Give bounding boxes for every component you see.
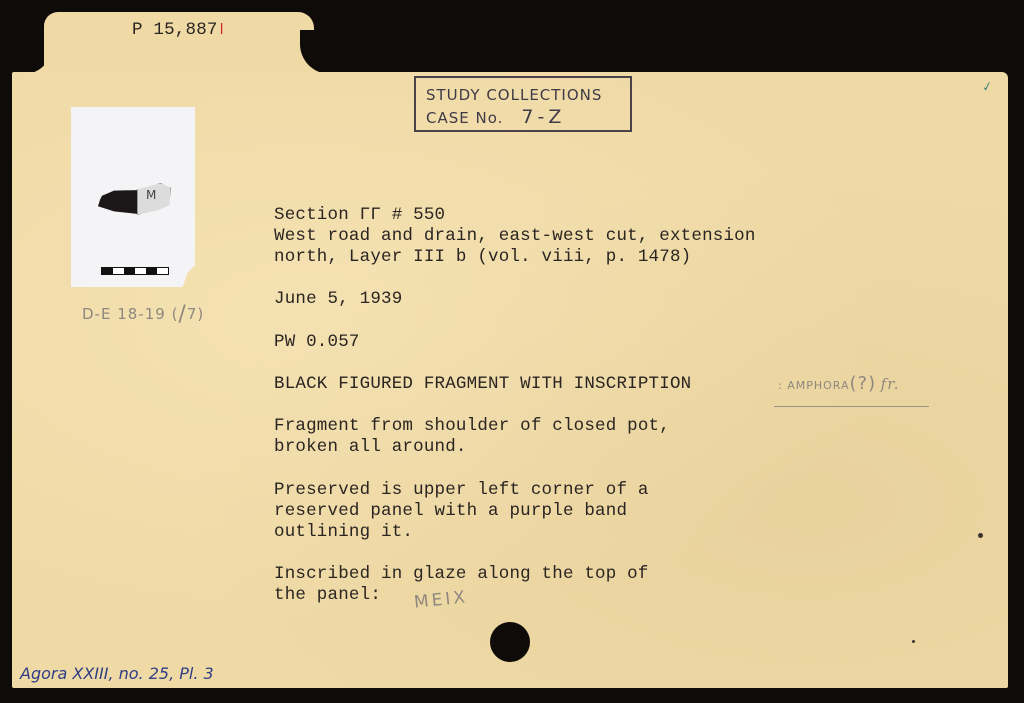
stamp-case-label: CASE No. [426,109,503,127]
annotation-colon: : [778,379,783,392]
grid-slash: / [178,302,186,327]
section-number: Section ΓΓ # 550 [274,205,756,226]
location-line-2: north, Layer III b (vol. viii, p. 1478) [274,247,756,268]
annotation-text: AMPHORA [787,379,849,392]
measurement: PW 0.057 [274,332,360,353]
description-1: Fragment from shoulder of closed pot, br… [274,416,670,458]
ink-spot [912,640,915,643]
grid-reference-end: 7) [187,305,204,323]
date-text: June 5, 1939 [274,289,402,310]
fragment-photo: M [71,107,195,287]
punch-hole [490,622,530,662]
shard-letter: M [146,188,156,202]
measurement-text: PW 0.057 [274,332,360,353]
grid-reference-text: D-E 18-19 ( [82,305,178,323]
description-2-line-3: outlining it. [274,522,649,543]
catalog-number-text: P 15,887 [132,20,218,40]
study-collections-stamp: STUDY COLLECTIONS CASE No.7-Z [414,76,632,132]
description-2: Preserved is upper left corner of a rese… [274,480,649,543]
description-2-line-2: reserved panel with a purple band [274,501,649,522]
annotation-suffix: fr. [881,375,900,393]
catalog-number: P 15,887ⅼ [132,20,224,40]
red-check-mark: ⅼ [220,22,224,38]
stamp-line1: STUDY COLLECTIONS [426,84,630,106]
shard-reserved-panel: M [137,183,171,215]
description-2-line-1: Preserved is upper left corner of a [274,480,649,501]
ink-spot [978,533,983,538]
scale-bar-icon [101,267,169,275]
section-block: Section ΓΓ # 550 West road and drain, ea… [274,205,756,268]
annotation-query: (?) [850,373,877,394]
card-tab-right-shoulder [300,30,340,74]
amphora-annotation: : AMPHORA(?) fr. [774,373,929,407]
description-1-line-1: Fragment from shoulder of closed pot, [274,416,670,437]
description-1-line-2: broken all around. [274,437,670,458]
date: June 5, 1939 [274,289,402,310]
stamp-case-value: 7-Z [521,106,565,128]
publication-reference: Agora XXIII, no. 25, Pl. 3 [20,664,214,683]
shard-black-glaze [98,188,138,214]
object-title: BLACK FIGURED FRAGMENT WITH INSCRIPTION [274,374,691,395]
grid-reference: D-E 18-19 (/7) [82,300,204,325]
location-line-1: West road and drain, east-west cut, exte… [274,226,756,247]
object-title-text: BLACK FIGURED FRAGMENT WITH INSCRIPTION [274,374,691,395]
inscription-line-1: Inscribed in glaze along the top of [274,564,649,585]
